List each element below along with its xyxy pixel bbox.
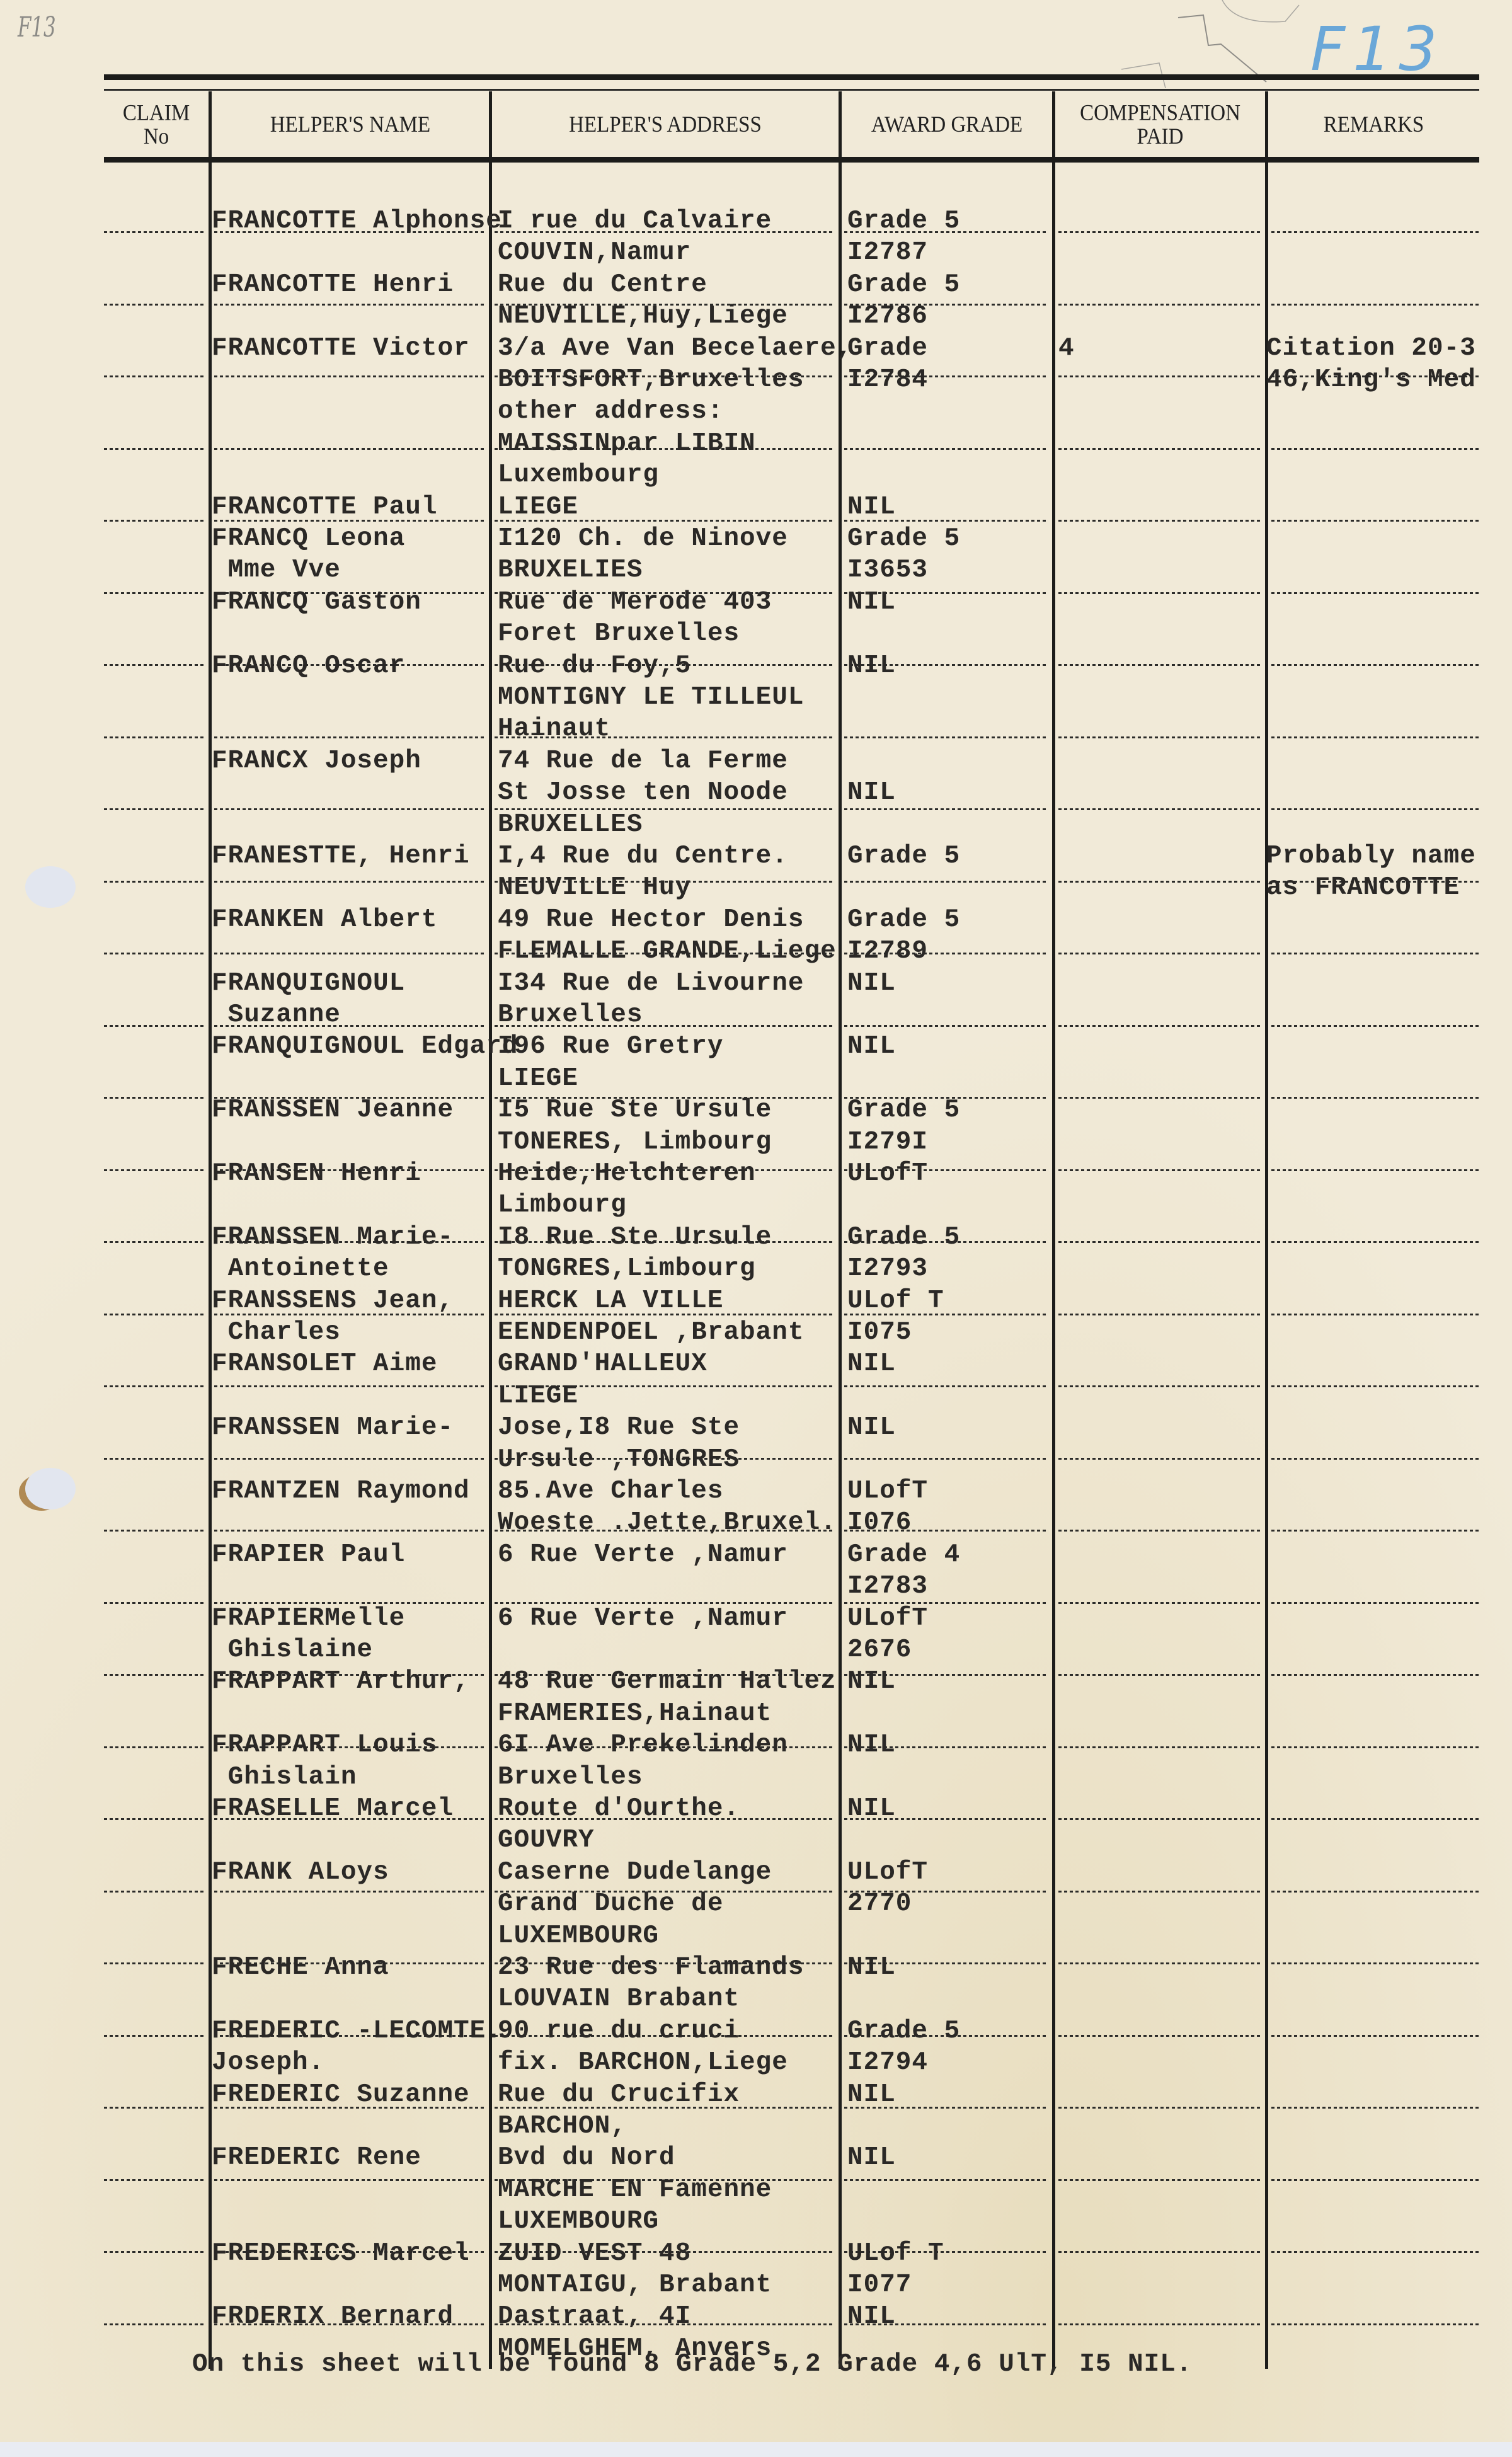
cell-address: BARCHON,: [498, 2110, 627, 2142]
cell-address: Hainaut: [498, 713, 610, 745]
dotted-guide: [104, 1602, 205, 1604]
cell-grade: I2793: [847, 1253, 928, 1285]
dotted-guide: [104, 520, 205, 522]
dotted-guide: [1058, 953, 1261, 954]
dotted-guide: [1058, 1602, 1261, 1604]
dotted-guide: [104, 375, 205, 377]
dotted-guide: [1271, 1097, 1479, 1099]
dotted-guide: [1271, 2179, 1479, 2181]
cell-address: Route d'Ourthe.: [498, 1793, 740, 1824]
dotted-guide: [1271, 2035, 1479, 2037]
cell-address: MONTIGNY LE TILLEUL: [498, 682, 804, 713]
cell-address: EENDENPOEL ,Brabant: [498, 1317, 804, 1348]
cell-grade: Grade: [847, 333, 928, 364]
dotted-guide: [1058, 736, 1261, 738]
dotted-guide: [1271, 1674, 1479, 1676]
dotted-guide: [104, 881, 205, 883]
dotted-guide: [1058, 448, 1261, 450]
dotted-guide: [1058, 2035, 1261, 2037]
dotted-guide: [1058, 2251, 1261, 2253]
cell-address: COUVIN,Namur: [498, 237, 691, 268]
cell-name: FRANCX Joseph: [212, 745, 421, 777]
cell-address: I120 Ch. de Ninove: [498, 523, 788, 554]
column-divider: [1052, 91, 1055, 2369]
dotted-guide: [844, 736, 1048, 738]
cell-name: FRANCOTTE Henri: [212, 269, 454, 301]
dotted-guide: [1058, 1385, 1261, 1387]
dotted-guide: [1271, 304, 1479, 306]
dotted-guide: [214, 1891, 485, 1893]
cell-name: FRANSEN Henri: [212, 1158, 421, 1189]
cell-name: FRANQUIGNOUL: [212, 968, 405, 999]
cell-grade: ULof T: [847, 2238, 944, 2269]
cell-address: GRAND'HALLEUX: [498, 1348, 707, 1380]
cell-address: I34 Rue de Livourne: [498, 968, 804, 999]
cell-address: I96 Rue Gretry: [498, 1031, 723, 1062]
cell-address: 48 Rue Germain Hallez: [498, 1666, 837, 1697]
cell-grade: 2770: [847, 1888, 912, 1920]
cell-name: Charles: [212, 1317, 341, 1348]
cell-grade: ULofT: [847, 1603, 928, 1634]
cell-grade: I2784: [847, 364, 928, 396]
cell-address: LIEGE: [498, 1380, 578, 1412]
cell-grade: NIL: [847, 777, 896, 808]
cell-address: Rue de Merode 403: [498, 587, 772, 618]
cell-address: fix. BARCHON,Liege: [498, 2047, 788, 2078]
cell-remarks: as FRANCOTTE: [1266, 872, 1460, 903]
cell-name: FRAPPART Arthur,: [212, 1666, 470, 1697]
cell-grade: ULofT: [847, 1857, 928, 1888]
cell-grade: I076: [847, 1507, 912, 1538]
dotted-guide: [1058, 231, 1261, 233]
cell-name: FRANCOTTE Victor: [212, 333, 470, 364]
dotted-guide: [104, 1746, 205, 1748]
cell-address: TONERES, Limbourg: [498, 1126, 772, 1158]
cell-address: Woeste .Jette,Bruxel.: [498, 1507, 837, 1538]
dotted-guide: [214, 375, 485, 377]
cell-name: Antoinette: [212, 1253, 389, 1285]
document-sheet: F13 F13 CLAIM No HELPER'S NAME HELPER'S …: [0, 0, 1512, 2442]
dotted-guide: [1058, 2179, 1261, 2181]
cell-address: MAISSINpar LIBIN: [498, 428, 756, 459]
cell-grade: I2783: [847, 1571, 928, 1602]
cell-address: Ursule ,TONGRES: [498, 1444, 740, 1475]
cell-grade: NIL: [847, 1666, 896, 1697]
cell-grade: Grade 5: [847, 1094, 960, 1126]
dotted-guide: [844, 1025, 1048, 1027]
cell-grade: NIL: [847, 1348, 896, 1380]
dotted-guide: [1271, 1530, 1479, 1532]
cell-address: MONTAIGU, Brabant: [498, 2269, 772, 2301]
cell-address: 23 Rue des Flamands: [498, 1952, 804, 1983]
cell-name: Joseph.: [212, 2047, 324, 2078]
dotted-guide: [1271, 1818, 1479, 1820]
cell-address: BOITSFORT,Bruxelles: [498, 364, 804, 396]
cell-name: FREDERICS Marcel: [212, 2238, 470, 2269]
cell-address: I,4 Rue du Centre.: [498, 840, 788, 872]
cell-name: Ghislaine: [212, 1634, 373, 1666]
cell-name: FRANSSENS Jean,: [212, 1285, 454, 1317]
dotted-guide: [1058, 1241, 1261, 1243]
dotted-guide: [1271, 664, 1479, 666]
dotted-guide: [104, 1962, 205, 1964]
cell-name: FREDERIC Suzanne: [212, 2079, 470, 2110]
dotted-guide: [1271, 520, 1479, 522]
cell-address: St Josse ten Noode: [498, 777, 788, 808]
cell-grade: Grade 4: [847, 1539, 960, 1571]
cell-address: NEUVILLE Huy: [498, 872, 691, 903]
dotted-guide: [1271, 1746, 1479, 1748]
dotted-guide: [214, 1458, 485, 1460]
dotted-guide: [1058, 1458, 1261, 1460]
dotted-guide: [104, 2251, 205, 2253]
dotted-guide: [1271, 1241, 1479, 1243]
dotted-guide: [1058, 1818, 1261, 1820]
cell-name: FRASELLE Marcel: [212, 1793, 454, 1824]
cell-name: FRECHE Anna: [212, 1952, 389, 1983]
cell-name: FRANCQ Gaston: [212, 587, 421, 618]
dotted-guide: [104, 2107, 205, 2109]
dotted-guide: [214, 448, 485, 450]
dotted-guide: [214, 736, 485, 738]
dotted-guide: [1271, 2107, 1479, 2109]
dotted-guide: [1271, 2323, 1479, 2325]
header-compensation-paid: COMPENSATION PAID: [1055, 86, 1265, 163]
column-divider: [839, 91, 842, 2369]
cell-address: 85.Ave Charles: [498, 1475, 723, 1507]
cell-grade: Grade 5: [847, 2015, 960, 2047]
dotted-guide: [1058, 304, 1261, 306]
cell-grade: NIL: [847, 1793, 896, 1824]
dotted-guide: [1271, 1025, 1479, 1027]
cell-grade: I077: [847, 2269, 912, 2301]
cell-name: FRAPPART Louis: [212, 1729, 437, 1761]
dotted-guide: [1058, 808, 1261, 810]
dotted-guide: [1058, 1530, 1261, 1532]
punch-hole-icon: [25, 1468, 76, 1509]
header-remarks: REMARKS: [1268, 86, 1479, 163]
dotted-guide: [104, 1169, 205, 1171]
dotted-guide: [1271, 448, 1479, 450]
dotted-guide: [1271, 1891, 1479, 1893]
cell-grade: NIL: [847, 968, 896, 999]
dotted-guide: [1271, 2251, 1479, 2253]
dotted-guide: [1058, 520, 1261, 522]
cell-address: Rue du Centre: [498, 269, 707, 301]
dotted-guide: [214, 808, 485, 810]
cell-grade: 2676: [847, 1634, 912, 1666]
dotted-guide: [844, 881, 1048, 883]
cell-address: FRAMERIES,Hainaut: [498, 1698, 772, 1729]
sheet-summary: On this sheet will be found 8 Grade 5,2 …: [192, 2349, 1192, 2380]
dotted-guide: [214, 304, 485, 306]
cell-address: NEUVILLE,Huy,Liege: [498, 301, 788, 332]
cell-grade: I075: [847, 1317, 912, 1348]
cell-name: FREDERIC -LECOMTE.: [212, 2015, 502, 2047]
dotted-guide: [214, 1385, 485, 1387]
cell-address: LUXEMBOURG: [498, 2206, 659, 2237]
dotted-guide: [1058, 1891, 1261, 1893]
dotted-guide: [104, 1818, 205, 1820]
dotted-guide: [104, 1458, 205, 1460]
cell-grade: NIL: [847, 2301, 896, 2332]
cell-remarks: Citation 20-3: [1266, 333, 1476, 364]
cell-name: FRANTZEN Raymond: [212, 1475, 470, 1507]
cell-grade: Grade 5: [847, 1222, 960, 1253]
cell-grade: NIL: [847, 1412, 896, 1443]
cell-grade: NIL: [847, 1952, 896, 1983]
cell-grade: I2787: [847, 237, 928, 268]
cell-grade: ULofT: [847, 1475, 928, 1507]
cell-address: GOUVRY: [498, 1824, 595, 1856]
cell-name: Ghislain: [212, 1761, 357, 1793]
cell-name: FRAPIERMelle: [212, 1603, 405, 1634]
cell-address: 49 Rue Hector Denis: [498, 904, 804, 936]
dotted-guide: [104, 1241, 205, 1243]
cell-grade: Grade 5: [847, 269, 960, 301]
dotted-guide: [1271, 1458, 1479, 1460]
cell-grade: NIL: [847, 2142, 896, 2173]
dotted-guide: [104, 2323, 205, 2325]
cell-address: BRUXELLES: [498, 809, 643, 840]
dotted-guide: [104, 592, 205, 594]
cell-address: Grand Duche de: [498, 1888, 723, 1920]
dotted-guide: [1271, 231, 1479, 233]
dotted-guide: [1058, 1097, 1261, 1099]
header-helper-address: HELPER'S ADDRESS: [492, 86, 839, 163]
dotted-guide: [844, 1458, 1048, 1460]
dotted-guide: [104, 1025, 205, 1027]
cell-grade: NIL: [847, 1729, 896, 1761]
dotted-guide: [1058, 375, 1261, 377]
cell-address: Luxembourg: [498, 459, 659, 491]
dotted-guide: [104, 808, 205, 810]
dotted-guide: [1271, 953, 1479, 954]
cell-address: 3/a Ave Van Becelaere,: [498, 333, 852, 364]
cell-address: LIEGE: [498, 491, 578, 523]
cell-address: LOUVAIN Brabant: [498, 1983, 740, 2015]
header-helper-name: HELPER'S NAME: [212, 86, 489, 163]
cell-address: 90 rue du cruci: [498, 2015, 740, 2047]
cell-name: FRANQUIGNOUL Edgard: [212, 1031, 518, 1062]
cell-name: FRANKEN Albert: [212, 904, 437, 936]
dotted-guide: [1058, 1025, 1261, 1027]
dotted-guide: [104, 2035, 205, 2037]
dotted-guide: [1271, 808, 1479, 810]
dotted-guide: [1271, 1962, 1479, 1964]
cell-name: FRANSSEN Marie-: [212, 1222, 454, 1253]
cell-grade: ULof T: [847, 1285, 944, 1317]
dotted-guide: [844, 808, 1048, 810]
dotted-guide: [214, 2179, 485, 2181]
dotted-guide: [104, 736, 205, 738]
dotted-guide: [1271, 1314, 1479, 1315]
dotted-guide: [104, 304, 205, 306]
cell-name: FRANSOLET Aime: [212, 1348, 437, 1380]
cell-address: LIEGE: [498, 1063, 578, 1094]
cell-name: FRANESTTE, Henri: [212, 840, 470, 872]
cell-address: Bvd du Nord: [498, 2142, 675, 2173]
cell-name: Mme Vve: [212, 554, 341, 586]
cell-address: BRUXELIES: [498, 554, 643, 586]
cell-grade: I279I: [847, 1126, 928, 1158]
dotted-guide: [214, 1530, 485, 1532]
cell-address: HERCK LA VILLE: [498, 1285, 723, 1317]
dotted-guide: [104, 664, 205, 666]
cell-name: FRANSSEN Marie-: [212, 1412, 454, 1443]
cell-grade: NIL: [847, 587, 896, 618]
dotted-guide: [1058, 1314, 1261, 1315]
cell-address: I8 Rue Ste Ursule: [498, 1222, 772, 1253]
cell-address: MARCHE EN Famenne: [498, 2174, 772, 2206]
dotted-guide: [104, 1097, 205, 1099]
cell-address: TONGRES,Limbourg: [498, 1253, 756, 1285]
cell-grade: NIL: [847, 650, 896, 682]
dotted-guide: [104, 231, 205, 233]
cell-grade: Grade 5: [847, 205, 960, 237]
cell-address: Heide,Helchteren: [498, 1158, 756, 1189]
dotted-guide: [1271, 736, 1479, 738]
cell-name: FRANCOTTE Alphonse: [212, 205, 502, 237]
punch-hole-icon: [25, 866, 76, 908]
dotted-guide: [844, 1385, 1048, 1387]
dotted-guide: [1271, 592, 1479, 594]
cell-address: I rue du Calvaire: [498, 205, 772, 237]
cell-remarks: Probably name: [1266, 840, 1476, 872]
cell-address: Bruxelles: [498, 999, 643, 1031]
cell-grade: NIL: [847, 2079, 896, 2110]
dotted-guide: [844, 2179, 1048, 2181]
cell-address: ZUID VEST 48: [498, 2238, 691, 2269]
cell-address: 6I Ave Prekelinden: [498, 1729, 788, 1761]
cell-name: FRANCQ Oscar: [212, 650, 405, 682]
cell-grade: Grade 5: [847, 904, 960, 936]
dotted-guide: [104, 1674, 205, 1676]
dotted-guide: [214, 953, 485, 954]
cell-address: Dastraat, 4I: [498, 2301, 691, 2332]
dotted-guide: [1058, 592, 1261, 594]
cell-address: 6 Rue Verte ,Namur: [498, 1603, 788, 1634]
cell-address: Bruxelles: [498, 1761, 643, 1793]
cell-grade: I2794: [847, 2047, 928, 2078]
cell-name: FREDERIC Rene: [212, 2142, 421, 2173]
cell-grade: NIL: [847, 1031, 896, 1062]
cell-grade: I3653: [847, 554, 928, 586]
cell-grade: Grade 5: [847, 840, 960, 872]
cell-address: Rue du Crucifix: [498, 2079, 740, 2110]
cell-remarks: 46,King's Med: [1266, 364, 1476, 396]
dotted-guide: [1058, 664, 1261, 666]
dotted-guide: [1058, 1962, 1261, 1964]
dotted-guide: [104, 448, 205, 450]
dotted-guide: [104, 2179, 205, 2181]
cell-address: Limbourg: [498, 1189, 627, 1221]
cell-address: 6 Rue Verte ,Namur: [498, 1539, 788, 1571]
cell-address: Foret Bruxelles: [498, 618, 740, 650]
dotted-guide: [1058, 2323, 1261, 2325]
cell-name: FRDERIX Bernard: [212, 2301, 454, 2332]
cell-name: FRANCOTTE Paul: [212, 491, 437, 523]
cell-address: Caserne Dudelange: [498, 1857, 772, 1888]
cell-address: Rue du Foy,5: [498, 650, 691, 682]
dotted-guide: [1271, 1169, 1479, 1171]
cell-grade: NIL: [847, 491, 896, 523]
pencil-annotation: F13: [18, 11, 56, 43]
header-award-grade: AWARD GRADE: [842, 86, 1052, 163]
dotted-guide: [104, 1314, 205, 1315]
cell-name: FRANSSEN Jeanne: [212, 1094, 454, 1126]
dotted-guide: [1058, 1746, 1261, 1748]
dotted-guide: [1058, 2107, 1261, 2109]
dotted-guide: [1058, 1169, 1261, 1171]
column-divider: [1265, 91, 1268, 2369]
cell-address: 74 Rue de la Ferme: [498, 745, 788, 777]
cell-comp: 4: [1058, 333, 1075, 364]
cell-address: FLEMALLE GRANDE,Liege: [498, 936, 837, 967]
dotted-guide: [1058, 881, 1261, 883]
cell-name: Suzanne: [212, 999, 341, 1031]
cell-address: LUXEMBOURG: [498, 1920, 659, 1952]
cell-address: Jose,I8 Rue Ste: [498, 1412, 740, 1443]
cell-name: FRANK ALoys: [212, 1857, 389, 1888]
dotted-guide: [104, 1530, 205, 1532]
cell-grade: Grade 5: [847, 523, 960, 554]
dotted-guide: [104, 1385, 205, 1387]
cell-grade: ULofT: [847, 1158, 928, 1189]
dotted-guide: [844, 448, 1048, 450]
cell-grade: I2786: [847, 301, 928, 332]
cell-address: other address:: [498, 396, 723, 427]
cell-name: FRAPIER Paul: [212, 1539, 405, 1571]
top-thick-rule: [104, 74, 1479, 80]
cell-name: FRANCQ Leona: [212, 523, 405, 554]
dotted-guide: [214, 881, 485, 883]
dotted-guide: [1271, 1385, 1479, 1387]
dotted-guide: [1271, 1602, 1479, 1604]
dotted-guide: [1058, 1674, 1261, 1676]
dotted-guide: [104, 953, 205, 954]
cell-address: I5 Rue Ste Ursule: [498, 1094, 772, 1126]
cell-grade: I2789: [847, 936, 928, 967]
header-claim-no: CLAIM No: [104, 86, 209, 163]
dotted-guide: [104, 1891, 205, 1893]
